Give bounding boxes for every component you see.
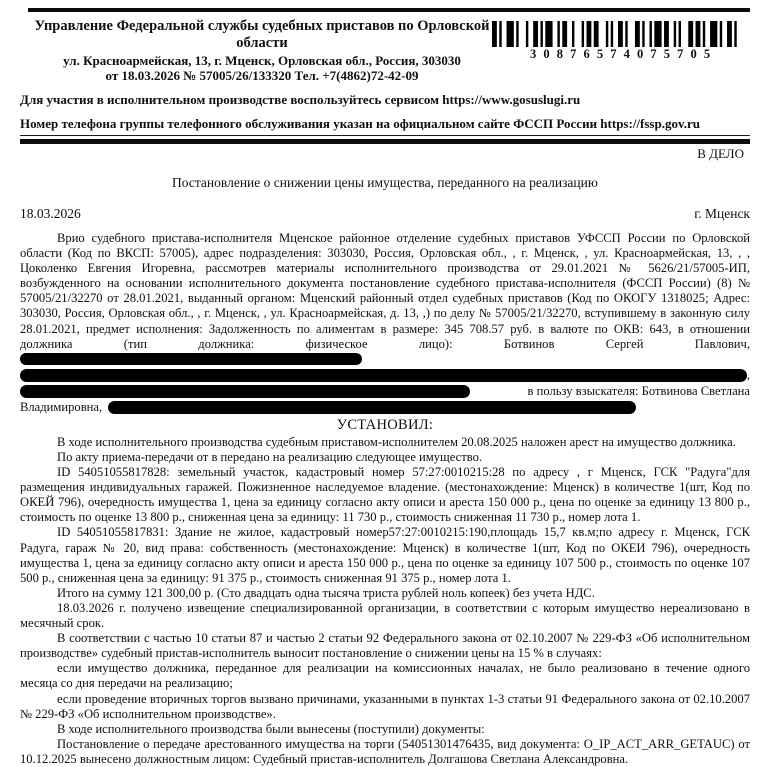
letterhead: Управление Федеральной службы судебных п… [20, 8, 750, 162]
doc-reference: от 18.03.2026 № 57005/26/133320 Тел. +7(… [32, 68, 492, 84]
redaction-bar [20, 385, 470, 398]
document-date: 18.03.2026 [20, 206, 81, 222]
redaction-bar [20, 353, 362, 365]
date-city-line: 18.03.2026 г. Мценск [20, 206, 750, 222]
body-paragraph-lot2: ID 54051055817831: Здание не жилое, када… [20, 525, 750, 585]
preamble-text: Врио судебного пристава-исполнителя Мцен… [20, 231, 750, 351]
body-paragraph: если проведение вторичных торгов вызвано… [20, 692, 750, 722]
bottom-rule [20, 139, 750, 144]
gosuslugi-notice: Для участия в исполнительном производств… [20, 92, 750, 108]
org-block: Управление Федеральной службы судебных п… [20, 13, 492, 84]
barcode-digits: 3 0 8 7 6 5 7 4 0 7 5 7 0 5 [492, 47, 750, 62]
body-paragraph: По акту приема-передачи от в передано на… [20, 450, 750, 465]
org-name: Управление Федеральной службы судебных п… [32, 18, 492, 53]
claimant-line-2: Владимировна, [20, 400, 750, 415]
body-paragraph-total: Итого на сумму 121 300,00 р. (Сто двадца… [20, 586, 750, 601]
redacted-line: , [20, 368, 750, 383]
body-paragraph: В ходе исполнительного производства суде… [20, 435, 750, 450]
document-title: Постановление о снижении цены имущества,… [20, 175, 750, 191]
preamble-paragraph: Врио судебного пристава-исполнителя Мцен… [20, 231, 750, 367]
fssp-phone-notice: Номер телефона группы телефонного обслуж… [20, 116, 750, 136]
org-address: ул. Красноармейская, 13, г. Мценск, Орло… [32, 53, 492, 69]
claimant-name: Владимировна, [20, 400, 108, 415]
body-paragraph: если имущество должника, переданное для … [20, 661, 750, 691]
body-paragraph: В ходе исполнительного производства были… [20, 722, 750, 737]
body-paragraph-documents: Постановление о передаче арестованного и… [20, 737, 750, 767]
resolution-heading: УСТАНОВИЛ: [20, 418, 750, 433]
v-delo-stamp: В ДЕЛО [20, 146, 750, 162]
document-city: г. Мценск [694, 206, 750, 222]
redaction-bar [20, 369, 747, 382]
body-paragraph: В соответствии с частью 10 статьи 87 и ч… [20, 631, 750, 661]
document-body: Врио судебного пристава-исполнителя Мцен… [20, 231, 750, 767]
body-paragraph: 18.03.2026 г. получено извещение специал… [20, 601, 750, 631]
top-rule [28, 8, 750, 12]
trailing-comma: , [747, 368, 750, 383]
barcode: 3 0 8 7 6 5 7 4 0 7 5 7 0 5 [492, 13, 750, 62]
claimant-line: в пользу взыскателя: Ботвинова Светлана [20, 384, 750, 399]
claimant-text: в пользу взыскателя: Ботвинова Светлана [518, 384, 751, 399]
redaction-bar [108, 401, 636, 414]
document-page: Управление Федеральной службы судебных п… [0, 0, 770, 767]
body-paragraph-lot1: ID 54051055817828: земельный участок, ка… [20, 465, 750, 525]
